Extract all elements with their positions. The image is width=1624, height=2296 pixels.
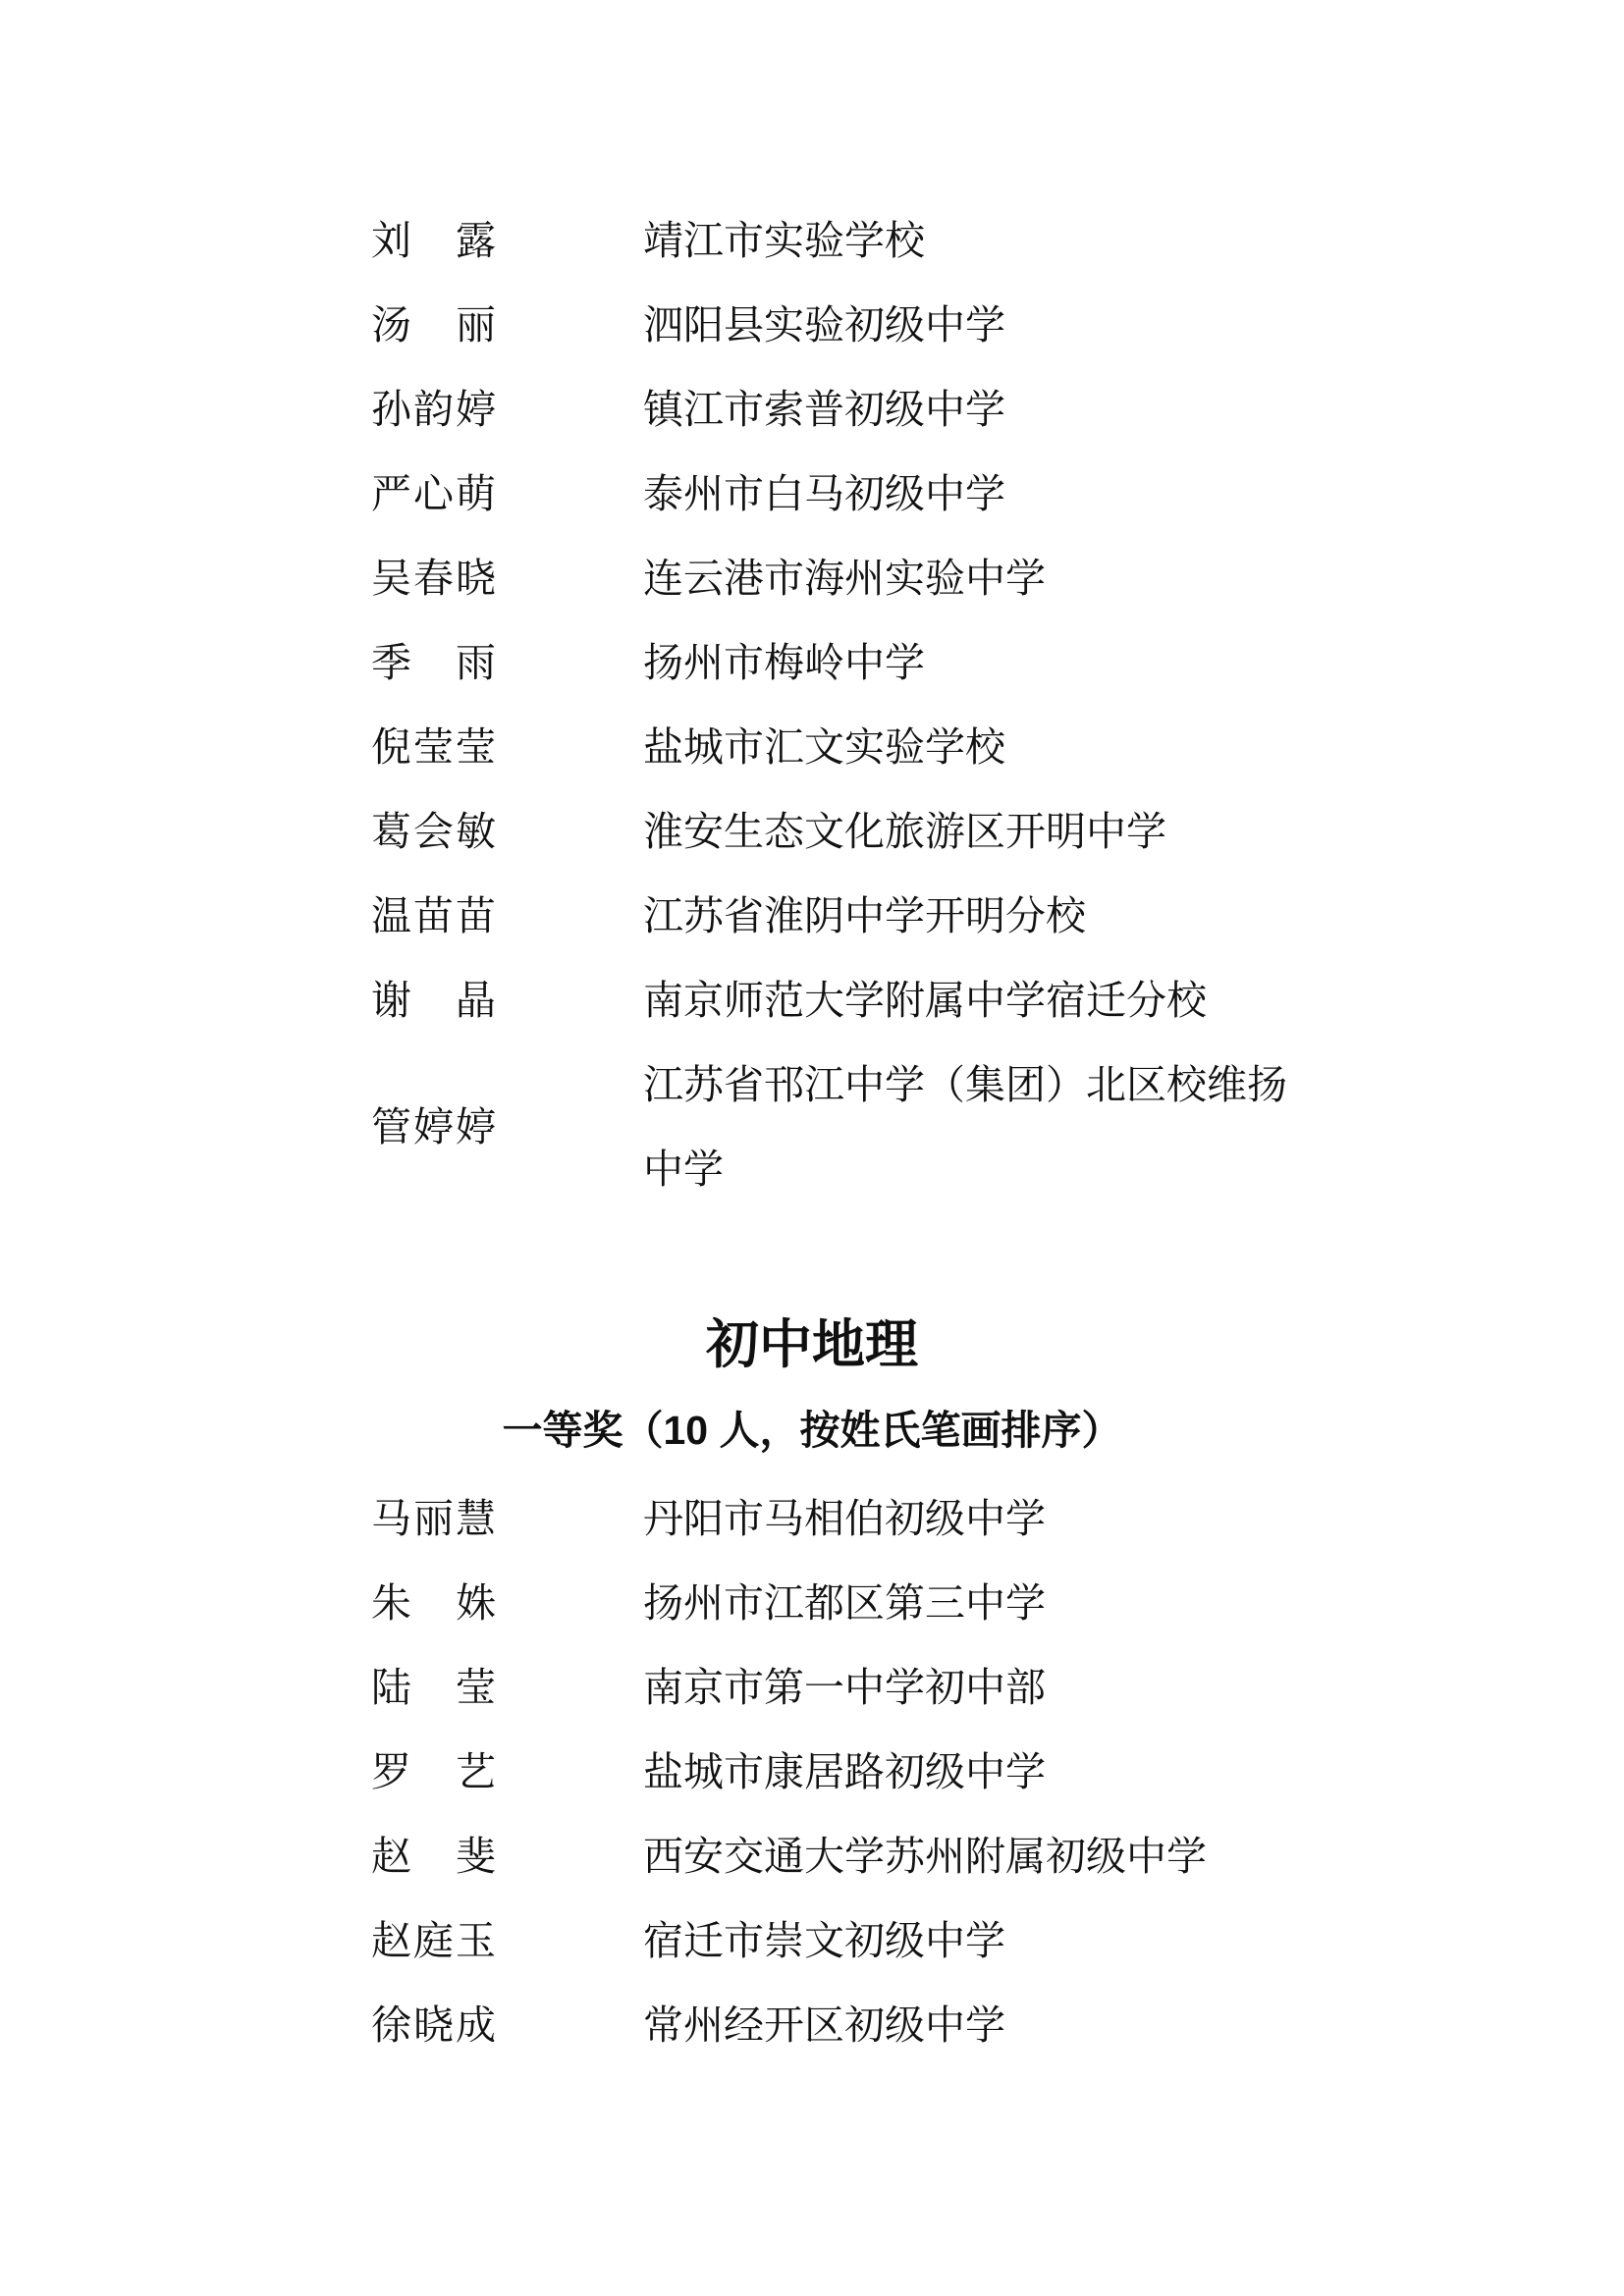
school-name: 盐城市康居路初级中学: [643, 1730, 1296, 1814]
winner-name: 倪莹莹: [371, 721, 496, 773]
section-subtitle: 一等奖（10 人，按姓氏笔画排序）: [0, 1408, 1624, 1453]
winner-name: 陆莹: [371, 1662, 496, 1713]
award-row: 罗艺 盐城市康居路初级中学: [371, 1730, 1296, 1814]
winner-name: 季雨: [371, 637, 496, 688]
award-row: 季雨 扬州市梅岭中学: [371, 620, 1296, 705]
award-row: 朱姝 扬州市江都区第三中学: [371, 1561, 1296, 1645]
winner-name: 谢晶: [371, 975, 496, 1026]
award-list-geography-first-prize: 马丽慧 丹阳市马相伯初级中学 朱姝 扬州市江都区第三中学 陆莹 南京市第一中学初…: [371, 1476, 1296, 2067]
school-name: 泰州市白马初级中学: [643, 452, 1296, 536]
school-name: 南京市第一中学初中部: [643, 1645, 1296, 1730]
award-row: 吴春晓 连云港市海州实验中学: [371, 536, 1296, 620]
school-name: 西安交通大学苏州附属初级中学: [643, 1814, 1296, 1898]
winner-name: 罗艺: [371, 1746, 496, 1797]
school-name: 扬州市江都区第三中学: [643, 1561, 1296, 1645]
award-row: 汤丽 泗阳县实验初级中学: [371, 283, 1296, 367]
award-row: 葛会敏 淮安生态文化旅游区开明中学: [371, 789, 1296, 874]
school-name: 丹阳市马相伯初级中学: [643, 1476, 1296, 1561]
school-name: 江苏省邗江中学（集团）北区校维扬中学: [643, 1042, 1296, 1211]
winner-name: 孙韵婷: [371, 384, 496, 435]
winner-name: 汤丽: [371, 299, 496, 350]
award-row: 陆莹 南京市第一中学初中部: [371, 1645, 1296, 1730]
winner-name: 赵庭玉: [371, 1915, 496, 1966]
winner-name: 严心萌: [371, 468, 496, 519]
winner-name: 吴春晓: [371, 553, 496, 604]
school-name: 靖江市实验学校: [643, 198, 1296, 283]
winner-name: 赵斐: [371, 1831, 496, 1882]
winner-name: 管婷婷: [371, 1101, 496, 1152]
school-name: 镇江市索普初级中学: [643, 367, 1296, 452]
school-name: 泗阳县实验初级中学: [643, 283, 1296, 367]
section-title: 初中地理: [0, 1316, 1624, 1373]
winner-name: 温苗苗: [371, 890, 496, 941]
school-name: 常州经开区初级中学: [643, 1983, 1296, 2067]
school-name: 南京师范大学附属中学宿迁分校: [643, 958, 1296, 1042]
award-row: 温苗苗 江苏省淮阴中学开明分校: [371, 874, 1296, 958]
winner-name: 朱姝: [371, 1577, 496, 1629]
award-row: 徐晓成 常州经开区初级中学: [371, 1983, 1296, 2067]
award-row: 谢晶 南京师范大学附属中学宿迁分校: [371, 958, 1296, 1042]
award-row: 严心萌 泰州市白马初级中学: [371, 452, 1296, 536]
award-row: 孙韵婷 镇江市索普初级中学: [371, 367, 1296, 452]
school-name: 宿迁市崇文初级中学: [643, 1898, 1296, 1983]
award-row: 赵斐 西安交通大学苏州附属初级中学: [371, 1814, 1296, 1898]
winner-name: 马丽慧: [371, 1493, 496, 1544]
award-row: 倪莹莹 盐城市汇文实验学校: [371, 705, 1296, 789]
school-name: 扬州市梅岭中学: [643, 620, 1296, 705]
winner-name: 徐晓成: [371, 2000, 496, 2051]
school-name: 淮安生态文化旅游区开明中学: [643, 789, 1296, 874]
document-page: 刘露 靖江市实验学校 汤丽 泗阳县实验初级中学 孙韵婷 镇江市索普初级中学 严心…: [0, 0, 1624, 2296]
award-row: 管婷婷 江苏省邗江中学（集团）北区校维扬中学: [371, 1042, 1296, 1211]
award-row: 马丽慧 丹阳市马相伯初级中学: [371, 1476, 1296, 1561]
school-name: 连云港市海州实验中学: [643, 536, 1296, 620]
winner-name: 葛会敏: [371, 806, 496, 857]
school-name: 江苏省淮阴中学开明分校: [643, 874, 1296, 958]
award-list-continued: 刘露 靖江市实验学校 汤丽 泗阳县实验初级中学 孙韵婷 镇江市索普初级中学 严心…: [371, 198, 1296, 1211]
award-row: 刘露 靖江市实验学校: [371, 198, 1296, 283]
award-row: 赵庭玉 宿迁市崇文初级中学: [371, 1898, 1296, 1983]
school-name: 盐城市汇文实验学校: [643, 705, 1296, 789]
winner-name: 刘露: [371, 215, 496, 266]
